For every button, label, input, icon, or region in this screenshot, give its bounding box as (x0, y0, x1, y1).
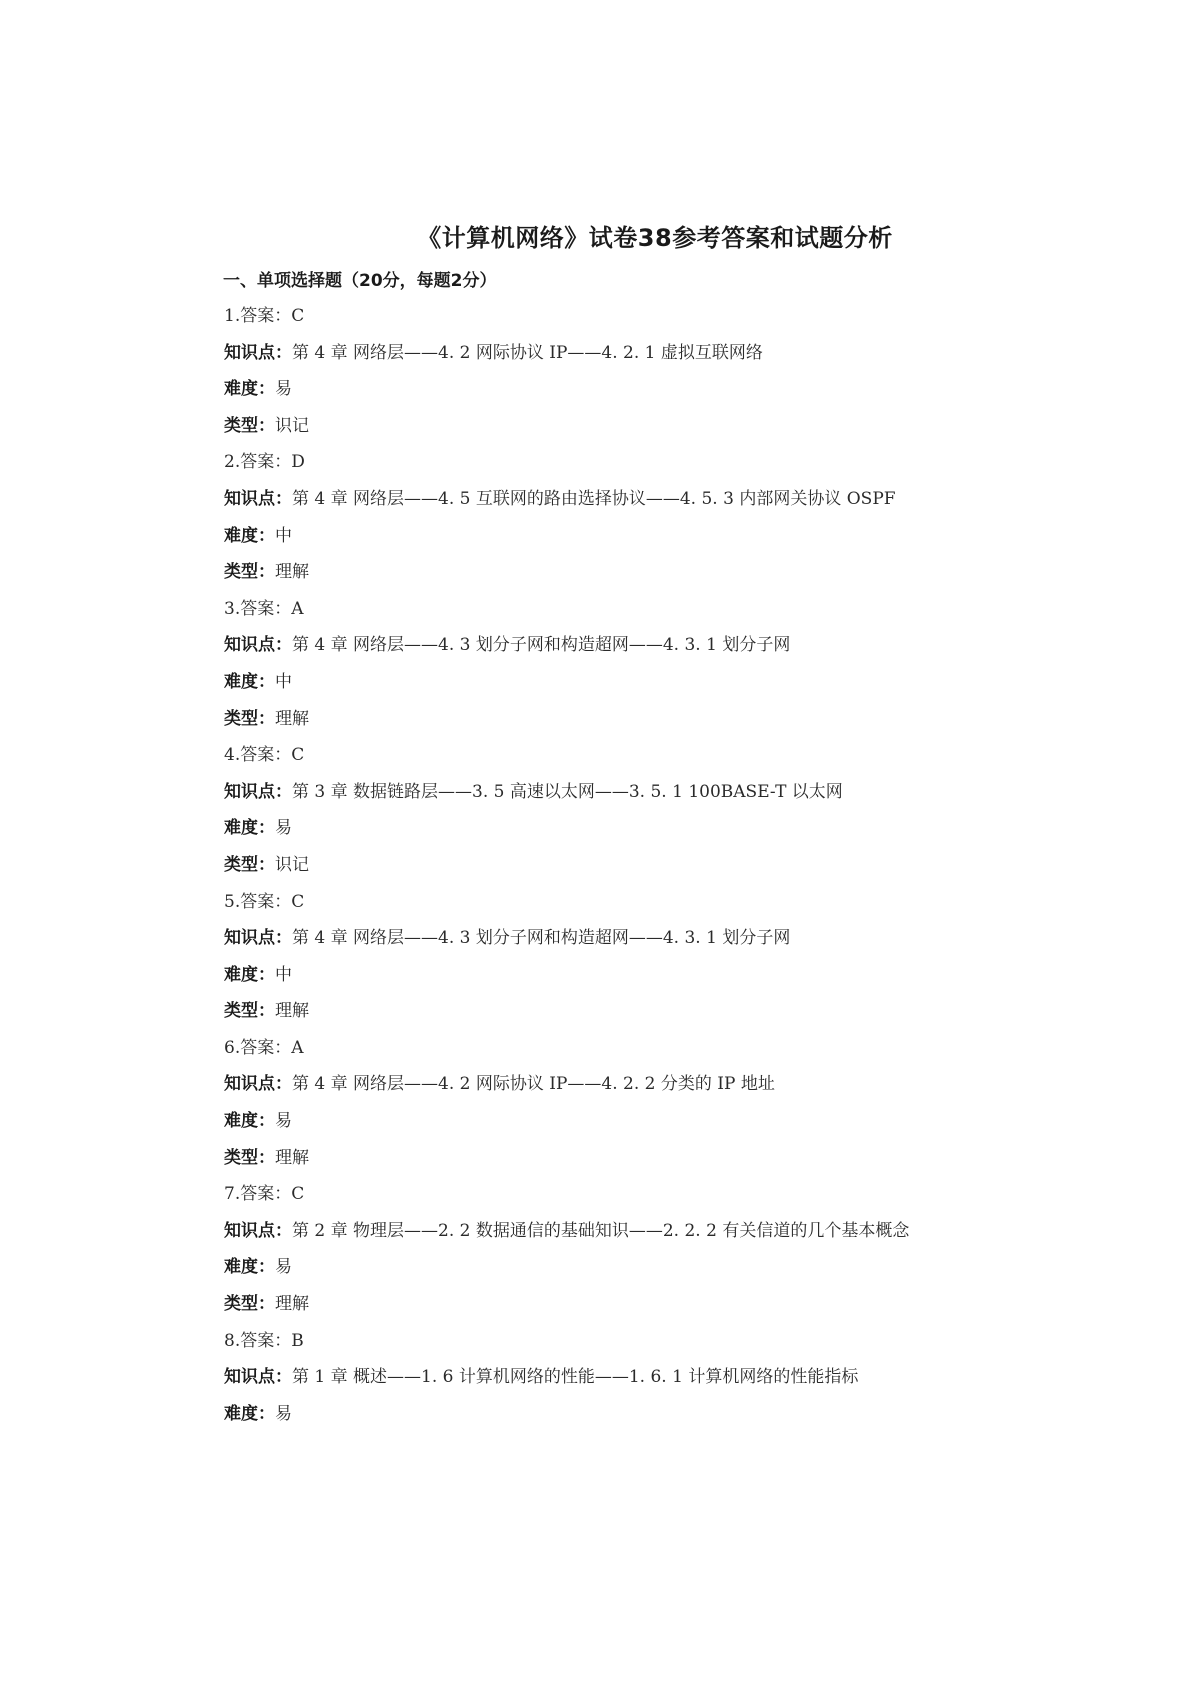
difficulty-label: 难度： (224, 379, 275, 399)
answer-label: 答案： (240, 892, 291, 912)
answer-line: 2.答案：D (224, 450, 909, 487)
difficulty-value: 中 (275, 526, 292, 546)
answer-label: 答案： (240, 745, 291, 765)
difficulty-line: 难度：易 (224, 377, 909, 414)
question-number: 2. (224, 452, 240, 472)
answer-value: C (291, 745, 304, 765)
knowledge-line: 知识点：第 4 章 网络层——4. 3 划分子网和构造超网——4. 3. 1 划… (224, 926, 909, 963)
knowledge-label: 知识点： (224, 1367, 292, 1387)
difficulty-value: 易 (275, 1257, 292, 1277)
difficulty-label: 难度： (224, 526, 275, 546)
knowledge-value: 第 4 章 网络层——4. 3 划分子网和构造超网——4. 3. 1 划分子网 (292, 928, 790, 948)
answer-value: D (291, 452, 305, 472)
question-number: 7. (224, 1184, 240, 1204)
type-value: 理解 (275, 1148, 309, 1168)
answer-line: 4.答案：C (224, 743, 909, 780)
knowledge-line: 知识点：第 4 章 网络层——4. 2 网际协议 IP——4. 2. 2 分类的… (224, 1072, 909, 1109)
type-value: 理解 (275, 562, 309, 582)
difficulty-label: 难度： (224, 672, 275, 692)
knowledge-label: 知识点： (224, 928, 292, 948)
answer-label: 答案： (240, 1184, 291, 1204)
knowledge-value: 第 1 章 概述——1. 6 计算机网络的性能——1. 6. 1 计算机网络的性… (292, 1367, 858, 1387)
difficulty-line: 难度：易 (224, 1109, 909, 1146)
knowledge-line: 知识点：第 4 章 网络层——4. 3 划分子网和构造超网——4. 3. 1 划… (224, 633, 909, 670)
difficulty-line: 难度：易 (224, 1402, 909, 1439)
knowledge-value: 第 4 章 网络层——4. 2 网际协议 IP——4. 2. 1 虚拟互联网络 (292, 343, 763, 363)
knowledge-value: 第 4 章 网络层——4. 5 互联网的路由选择协议——4. 5. 3 内部网关… (292, 489, 896, 509)
document-title: 《计算机网络》试卷38参考答案和试题分析 (0, 218, 1190, 253)
difficulty-label: 难度： (224, 1404, 275, 1424)
knowledge-label: 知识点： (224, 1074, 292, 1094)
answer-line: 6.答案：A (224, 1036, 909, 1073)
type-value: 识记 (275, 416, 309, 436)
type-line: 类型：识记 (224, 414, 909, 451)
type-value: 理解 (275, 709, 309, 729)
knowledge-value: 第 2 章 物理层——2. 2 数据通信的基础知识——2. 2. 2 有关信道的… (292, 1221, 909, 1241)
difficulty-label: 难度： (224, 1111, 275, 1131)
difficulty-value: 中 (275, 965, 292, 985)
answer-list: 1.答案：C 知识点：第 4 章 网络层——4. 2 网际协议 IP——4. 2… (224, 304, 909, 1438)
type-label: 类型： (224, 1148, 275, 1168)
answer-value: C (291, 892, 304, 912)
difficulty-value: 易 (275, 1111, 292, 1131)
knowledge-label: 知识点： (224, 782, 292, 802)
type-line: 类型：理解 (224, 999, 909, 1036)
knowledge-value: 第 4 章 网络层——4. 2 网际协议 IP——4. 2. 2 分类的 IP … (292, 1074, 775, 1094)
type-line: 类型：理解 (224, 1146, 909, 1183)
knowledge-label: 知识点： (224, 635, 292, 655)
answer-label: 答案： (240, 452, 291, 472)
type-label: 类型： (224, 1001, 275, 1021)
type-value: 理解 (275, 1001, 309, 1021)
knowledge-value: 第 4 章 网络层——4. 3 划分子网和构造超网——4. 3. 1 划分子网 (292, 635, 790, 655)
difficulty-line: 难度：中 (224, 524, 909, 561)
difficulty-label: 难度： (224, 965, 275, 985)
type-label: 类型： (224, 709, 275, 729)
section-heading: 一、单项选择题（20分，每题2分） (223, 266, 497, 291)
type-label: 类型： (224, 416, 275, 436)
answer-value: A (291, 599, 303, 619)
knowledge-line: 知识点：第 4 章 网络层——4. 5 互联网的路由选择协议——4. 5. 3 … (224, 487, 909, 524)
answer-value: C (291, 306, 304, 326)
knowledge-label: 知识点： (224, 343, 292, 363)
answer-value: A (291, 1038, 303, 1058)
answer-line: 5.答案：C (224, 890, 909, 927)
type-label: 类型： (224, 1294, 275, 1314)
knowledge-line: 知识点：第 1 章 概述——1. 6 计算机网络的性能——1. 6. 1 计算机… (224, 1365, 909, 1402)
answer-label: 答案： (240, 599, 291, 619)
knowledge-value: 第 3 章 数据链路层——3. 5 高速以太网——3. 5. 1 100BASE… (292, 782, 843, 802)
answer-label: 答案： (240, 1331, 291, 1351)
type-value: 理解 (275, 1294, 309, 1314)
type-label: 类型： (224, 562, 275, 582)
difficulty-line: 难度：易 (224, 1255, 909, 1292)
difficulty-value: 易 (275, 818, 292, 838)
type-label: 类型： (224, 855, 275, 875)
difficulty-label: 难度： (224, 1257, 275, 1277)
type-line: 类型：理解 (224, 560, 909, 597)
difficulty-line: 难度：中 (224, 670, 909, 707)
document-page: 《计算机网络》试卷38参考答案和试题分析 一、单项选择题（20分，每题2分） 1… (0, 0, 1190, 1683)
question-number: 3. (224, 599, 240, 619)
difficulty-line: 难度：中 (224, 963, 909, 1000)
knowledge-line: 知识点：第 2 章 物理层——2. 2 数据通信的基础知识——2. 2. 2 有… (224, 1219, 909, 1256)
answer-line: 3.答案：A (224, 597, 909, 634)
type-value: 识记 (275, 855, 309, 875)
knowledge-line: 知识点：第 4 章 网络层——4. 2 网际协议 IP——4. 2. 1 虚拟互… (224, 341, 909, 378)
difficulty-value: 易 (275, 379, 292, 399)
difficulty-label: 难度： (224, 818, 275, 838)
difficulty-value: 中 (275, 672, 292, 692)
answer-label: 答案： (240, 306, 291, 326)
question-number: 4. (224, 745, 240, 765)
question-number: 5. (224, 892, 240, 912)
knowledge-label: 知识点： (224, 489, 292, 509)
difficulty-line: 难度：易 (224, 816, 909, 853)
question-number: 8. (224, 1331, 240, 1351)
answer-line: 1.答案：C (224, 304, 909, 341)
knowledge-line: 知识点：第 3 章 数据链路层——3. 5 高速以太网——3. 5. 1 100… (224, 780, 909, 817)
question-number: 6. (224, 1038, 240, 1058)
answer-line: 8.答案：B (224, 1329, 909, 1366)
answer-value: C (291, 1184, 304, 1204)
type-line: 类型：识记 (224, 853, 909, 890)
question-number: 1. (224, 306, 240, 326)
type-line: 类型：理解 (224, 1292, 909, 1329)
answer-line: 7.答案：C (224, 1182, 909, 1219)
type-line: 类型：理解 (224, 707, 909, 744)
answer-value: B (291, 1331, 304, 1351)
difficulty-value: 易 (275, 1404, 292, 1424)
answer-label: 答案： (240, 1038, 291, 1058)
knowledge-label: 知识点： (224, 1221, 292, 1241)
